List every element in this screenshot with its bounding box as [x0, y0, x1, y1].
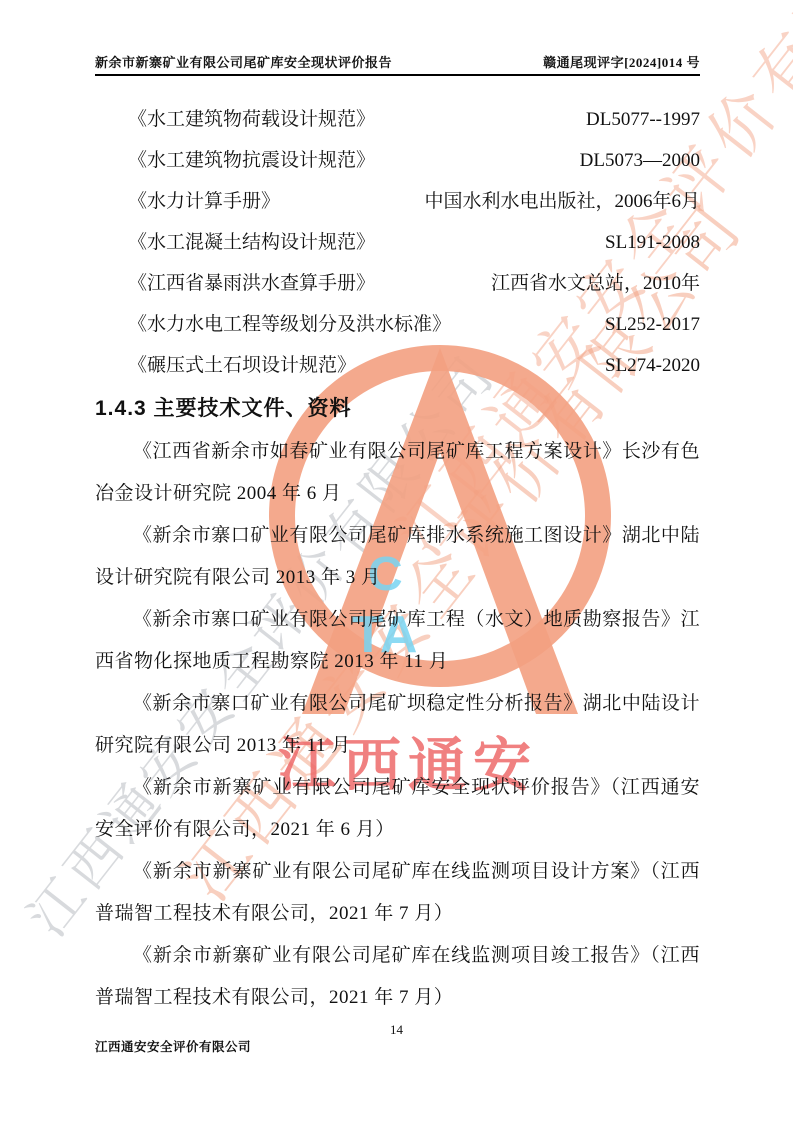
header-report-title: 新余市新寨矿业有限公司尾矿库安全现状评价报告	[95, 52, 392, 71]
standard-row: 《水力水电工程等级划分及洪水标准》 SL252-2017	[95, 304, 700, 345]
standard-title: 《江西省暴雨洪水查算手册》	[95, 263, 375, 304]
paragraph: 《新余市寨口矿业有限公司尾矿库排水系统施工图设计》湖北中陆设计研究院有限公司 2…	[95, 515, 700, 599]
page-number: 14	[0, 1022, 793, 1038]
standard-row: 《江西省暴雨洪水查算手册》 江西省水文总站，2010年	[95, 263, 700, 304]
section-heading: 1.4.3 主要技术文件、资料	[95, 386, 700, 428]
standard-row: 《水力计算手册》 中国水利水电出版社，2006年6月	[95, 181, 700, 222]
standard-title: 《水工建筑物荷载设计规范》	[95, 99, 375, 140]
standard-title: 《水工混凝土结构设计规范》	[95, 222, 375, 263]
standard-title: 《水力计算手册》	[95, 181, 280, 222]
standard-code: SL252-2017	[605, 304, 700, 345]
page-content: 《水工建筑物荷载设计规范》 DL5077--1997 《水工建筑物抗震设计规范》…	[95, 99, 700, 1019]
standard-row: 《水工建筑物荷载设计规范》 DL5077--1997	[95, 99, 700, 140]
paragraph: 《新余市寨口矿业有限公司尾矿坝稳定性分析报告》湖北中陆设计研究院有限公司 201…	[95, 683, 700, 767]
paragraph: 《新余市新寨矿业有限公司尾矿库安全现状评价报告》（江西通安安全评价有限公司，20…	[95, 767, 700, 851]
header-doc-number: 赣通尾现评字[2024]014 号	[543, 52, 700, 71]
standard-code: DL5073—2000	[580, 140, 700, 181]
standard-code: SL191-2008	[605, 222, 700, 263]
standard-title: 《水力水电工程等级划分及洪水标准》	[95, 304, 451, 345]
paragraph: 《新余市新寨矿业有限公司尾矿库在线监测项目设计方案》（江西普瑞智工程技术有限公司…	[95, 851, 700, 935]
footer-company: 江西通安安全评价有限公司	[95, 1037, 251, 1055]
standard-code: 中国水利水电出版社，2006年6月	[424, 181, 700, 222]
standard-code: DL5077--1997	[586, 99, 700, 140]
standard-row: 《水工建筑物抗震设计规范》 DL5073—2000	[95, 140, 700, 181]
standards-list: 《水工建筑物荷载设计规范》 DL5077--1997 《水工建筑物抗震设计规范》…	[95, 99, 700, 386]
standard-title: 《水工建筑物抗震设计规范》	[95, 140, 375, 181]
standard-row: 《水工混凝土结构设计规范》 SL191-2008	[95, 222, 700, 263]
paragraph-list: 《江西省新余市如春矿业有限公司尾矿库工程方案设计》长沙有色冶金设计研究院 200…	[95, 431, 700, 1019]
standard-title: 《碾压式土石坝设计规范》	[95, 345, 356, 386]
paragraph: 《新余市新寨矿业有限公司尾矿库在线监测项目竣工报告》（江西普瑞智工程技术有限公司…	[95, 935, 700, 1019]
paragraph: 《江西省新余市如春矿业有限公司尾矿库工程方案设计》长沙有色冶金设计研究院 200…	[95, 431, 700, 515]
paragraph: 《新余市寨口矿业有限公司尾矿库工程（水文）地质勘察报告》江西省物化探地质工程勘察…	[95, 599, 700, 683]
page-header: 新余市新寨矿业有限公司尾矿库安全现状评价报告 赣通尾现评字[2024]014 号	[95, 50, 700, 76]
standard-row: 《碾压式土石坝设计规范》 SL274-2020	[95, 345, 700, 386]
standard-code: 江西省水文总站，2010年	[491, 263, 700, 304]
standard-code: SL274-2020	[605, 345, 700, 386]
document-page: 江西通安安全评价有限公司 江西通安安全评价有限公司 江西通安安全评价有限公司 C…	[0, 0, 793, 1122]
header-rule	[95, 74, 700, 76]
